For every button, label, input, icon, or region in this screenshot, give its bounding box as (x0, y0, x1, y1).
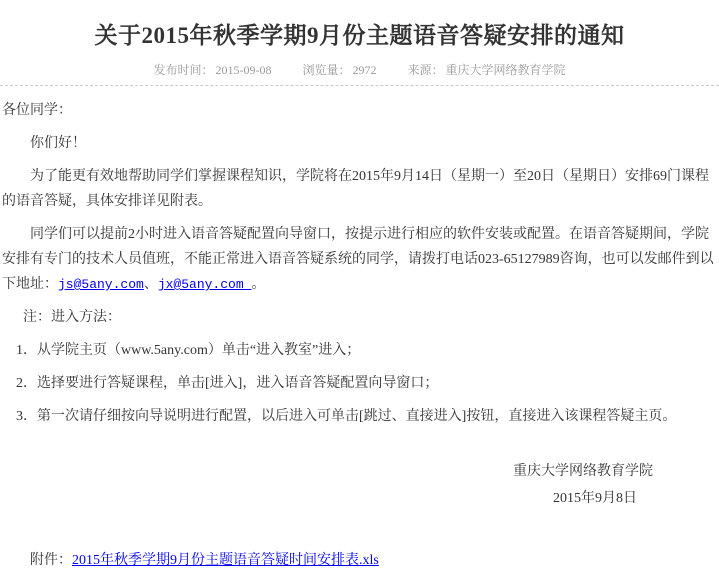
notice-body: 各位同学： 你们好！ 为了能更有效地帮助同学们掌握课程知识，学院将在2015年9… (0, 98, 719, 571)
step-item-2: 2．选择要进行答疑课程，单击[进入]，进入语音答疑配置向导窗口； (2, 371, 715, 396)
note-heading: 注：进入方法： (2, 305, 715, 330)
attachment-link[interactable]: 2015年秋季学期9月份主题语音答疑时间安排表.xls (72, 553, 379, 568)
meta-views: 浏览量：2972 (302, 63, 376, 77)
email-link-jx[interactable]: jx@5any.com (158, 277, 252, 292)
step-item-3: 3．第一次请仔细按向导说明进行配置，以后进入可单击[跳过、直接进入]按钮，直接进… (2, 404, 715, 429)
greeting: 你们好！ (2, 131, 715, 156)
meta-publish-label: 发布时间： (153, 63, 213, 77)
support-paragraph: 同学们可以提前2小时进入语音答疑配置向导窗口，按提示进行相应的软件安装或配置。在… (2, 222, 715, 297)
notice-header: 关于2015年秋季学期9月份主题语音答疑安排的通知 发布时间：2015-09-0… (0, 0, 719, 86)
attachment-row: 附件：2015年秋季学期9月份主题语音答疑时间安排表.xls (2, 548, 715, 571)
support-text-after: 。 (251, 277, 265, 292)
meta-publish-value: 2015-09-08 (215, 63, 271, 77)
meta-bar: 发布时间：2015-09-08 浏览量：2972 来源：重庆大学网络教育学院 (0, 63, 719, 77)
meta-publish-time: 发布时间：2015-09-08 (153, 63, 271, 77)
step-item-1: 1．从学院主页（www.5any.com）单击“进入教室”进入； (2, 338, 715, 363)
signature-date: 2015年9月8日 (2, 486, 715, 511)
attachment-label: 附件： (30, 553, 72, 568)
email-link-js[interactable]: js@5any.com (58, 277, 144, 292)
meta-source-label: 来源： (408, 63, 444, 77)
page-title: 关于2015年秋季学期9月份主题语音答疑安排的通知 (0, 22, 719, 50)
meta-source-value: 重庆大学网络教育学院 (446, 63, 566, 77)
salutation: 各位同学： (2, 98, 715, 123)
intro-paragraph: 为了能更有效地帮助同学们掌握课程知识，学院将在2015年9月14日（星期一）至2… (2, 164, 715, 214)
meta-views-label: 浏览量： (302, 63, 350, 77)
signature: 重庆大学网络教育学院 (2, 459, 715, 484)
meta-views-value: 2972 (353, 63, 377, 77)
meta-source: 来源：重庆大学网络教育学院 (408, 63, 566, 77)
email-separator: 、 (144, 277, 158, 292)
